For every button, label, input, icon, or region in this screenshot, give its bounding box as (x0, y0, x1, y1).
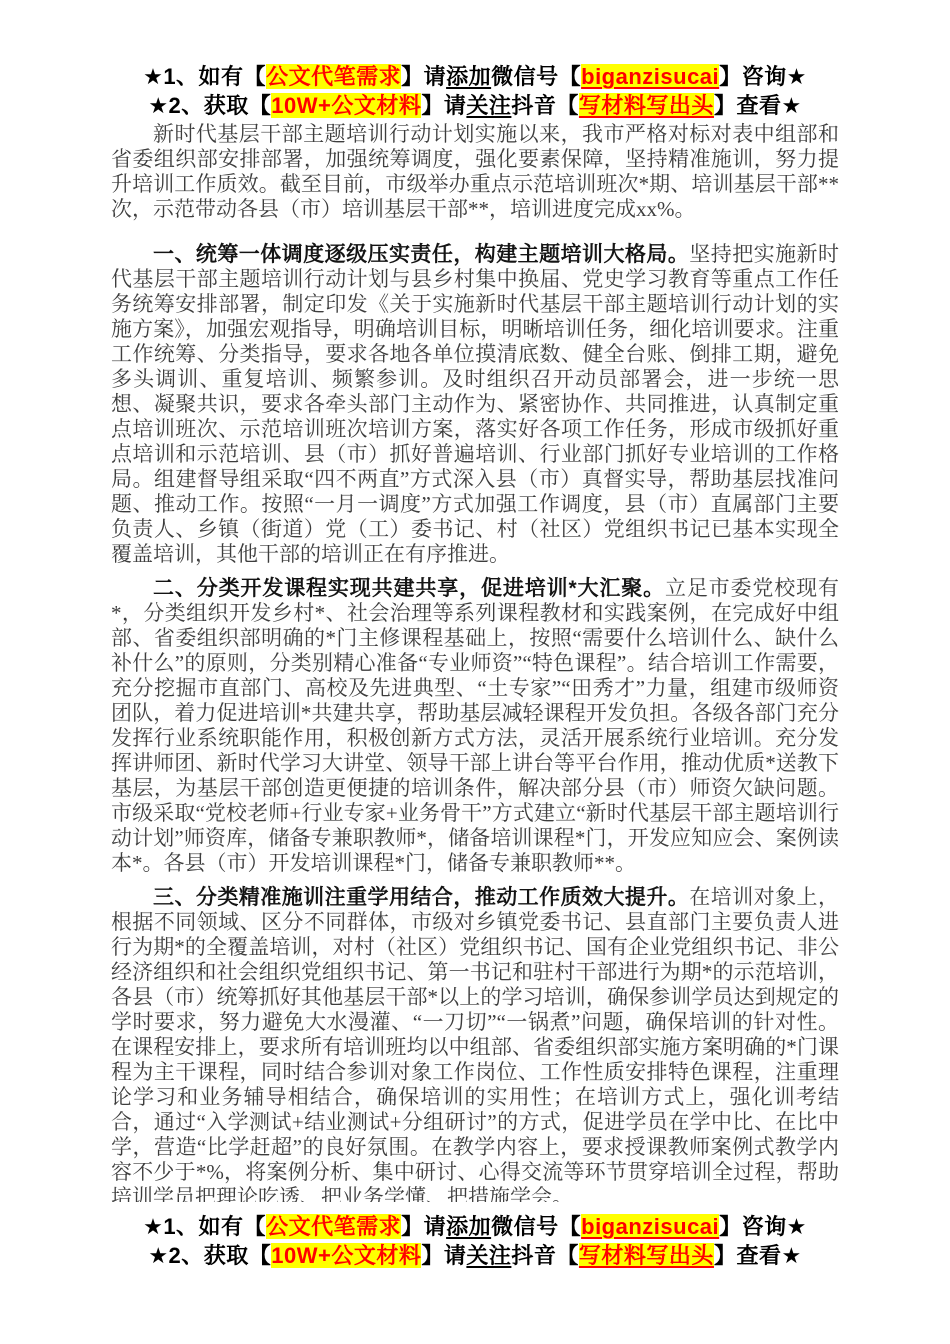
section-1-paragraph: 一、统筹一体调度逐级压实责任，构建主题培训大格局。坚持把实施新时代基层干部主题培… (111, 242, 839, 567)
promo2-douyin-name: 写材料写出头 (579, 93, 714, 118)
promo-top: ★1、如有【公文代笔需求】请添加微信号【biganzisucai】咨询★ ★2、… (0, 62, 950, 120)
page-container: ★1、如有【公文代笔需求】请添加微信号【biganzisucai】咨询★ ★2、… (0, 0, 950, 1344)
section-2-heading: 二、分类开发课程实现共建共享，促进培训*大汇聚。 (153, 577, 665, 600)
promo1-add-underline: 添加 (446, 64, 491, 89)
promo2-mid: 】请 (421, 93, 466, 118)
promo2-follow-underline: 关注 (466, 93, 511, 118)
promo-bottom: ★1、如有【公文代笔需求】请添加微信号【biganzisucai】咨询★ ★2、… (0, 1212, 950, 1270)
promo1-highlight-service: 公文代笔需求 (266, 64, 401, 89)
promo1-wechat-label: 微信号【 (491, 1214, 581, 1239)
promo1-wechat-id: biganzisucai (581, 1214, 719, 1239)
section-1-heading: 一、统筹一体调度逐级压实责任，构建主题培训大格局。 (153, 243, 689, 266)
promo2-mid: 】请 (421, 1243, 466, 1268)
intro-paragraph: 新时代基层干部主题培训行动计划实施以来，我市严格对标对表中组部和省委组织部安排部… (111, 122, 839, 222)
promo2-follow-underline: 关注 (466, 1243, 511, 1268)
promo1-wechat-id: biganzisucai (581, 64, 719, 89)
section-1-text: 坚持把实施新时代基层干部主题培训行动计划与县乡村集中换届、党史学习教育等重点工作… (111, 242, 839, 566)
promo2-suffix: 】查看★ (714, 1243, 802, 1268)
promo1-mid: 】请 (401, 64, 446, 89)
section-3-text: 在培训对象上，根据不同领域、区分不同群体，市级对乡镇党委书记、县直部门主要负责人… (111, 885, 839, 1202)
promo-line-1: ★1、如有【公文代笔需求】请添加微信号【biganzisucai】咨询★ (0, 62, 950, 91)
promo-line-2: ★2、获取【10W+公文材料】请关注抖音【写材料写出头】查看★ (0, 91, 950, 120)
promo2-douyin-name: 写材料写出头 (579, 1243, 714, 1268)
promo2-douyin-label: 抖音【 (511, 93, 579, 118)
section-2-text: 立足市委党校现有*，分类组织开发乡村*、社会治理等系列课程教材和实践案例，在完成… (111, 576, 839, 875)
promo2-prefix: ★2、获取【 (148, 1243, 271, 1268)
promo1-mid: 】请 (401, 1214, 446, 1239)
promo1-suffix: 】咨询★ (719, 64, 807, 89)
intro-text: 新时代基层干部主题培训行动计划实施以来，我市严格对标对表中组部和省委组织部安排部… (111, 122, 839, 221)
promo2-suffix: 】查看★ (714, 93, 802, 118)
promo1-wechat-label: 微信号【 (491, 64, 581, 89)
section-3-heading: 三、分类精准施训注重学用结合，推动工作质效大提升。 (153, 886, 689, 909)
promo2-prefix: ★2、获取【 (148, 93, 271, 118)
document-body: 新时代基层干部主题培训行动计划实施以来，我市严格对标对表中组部和省委组织部安排部… (111, 122, 839, 1202)
promo1-prefix: ★1、如有【 (143, 64, 266, 89)
promo2-highlight-material: 10W+公文材料 (271, 1243, 421, 1268)
promo2-douyin-label: 抖音【 (511, 1243, 579, 1268)
promo-line-1: ★1、如有【公文代笔需求】请添加微信号【biganzisucai】咨询★ (0, 1212, 950, 1241)
section-3-paragraph: 三、分类精准施训注重学用结合，推动工作质效大提升。在培训对象上，根据不同领域、区… (111, 885, 839, 1202)
promo1-highlight-service: 公文代笔需求 (266, 1214, 401, 1239)
section-2-paragraph: 二、分类开发课程实现共建共享，促进培训*大汇聚。立足市委党校现有*，分类组织开发… (111, 576, 839, 876)
promo2-highlight-material: 10W+公文材料 (271, 93, 421, 118)
promo-line-2: ★2、获取【10W+公文材料】请关注抖音【写材料写出头】查看★ (0, 1241, 950, 1270)
promo1-prefix: ★1、如有【 (143, 1214, 266, 1239)
promo1-suffix: 】咨询★ (719, 1214, 807, 1239)
promo1-add-underline: 添加 (446, 1214, 491, 1239)
